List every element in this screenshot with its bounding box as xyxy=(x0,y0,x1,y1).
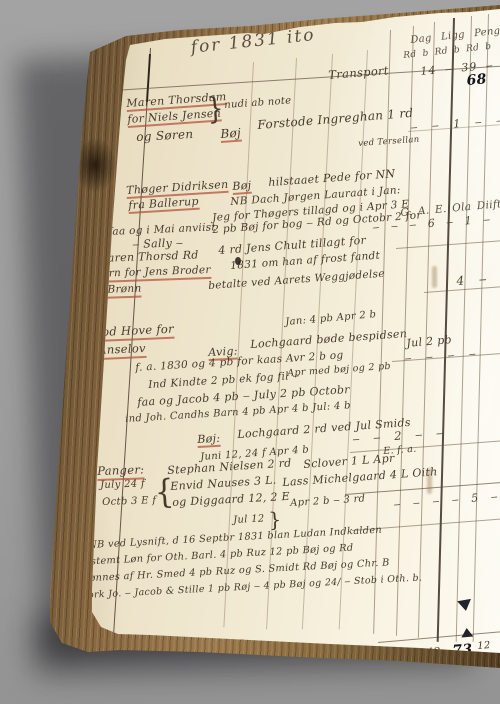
vertical-rule xyxy=(473,14,489,642)
totals-value: 12 xyxy=(477,641,491,652)
entry-a-note: nudi ab note xyxy=(224,96,292,111)
up-triangle-mark xyxy=(461,627,474,637)
ink-blot xyxy=(235,257,241,265)
entry-c-amounts-2: ‒ ‒ 2 ‒ ‒ xyxy=(352,428,445,446)
entry-b-amounts-2: 4 ‒ xyxy=(456,273,488,287)
entry-b-line: faa og i Mai anviist xyxy=(108,222,216,237)
entry-c-line: Jan: 4 pb Apr 2 b xyxy=(285,310,377,328)
entry-b-line: betalte ved Aarets Weggjødelse xyxy=(208,269,385,292)
entry-a-line: og Søren xyxy=(136,128,194,143)
entry-a-line: Bøj xyxy=(220,127,242,143)
transport-total: 68 xyxy=(466,72,487,88)
entry-b-name-2: fra Ballerup xyxy=(128,196,199,214)
vertical-rule xyxy=(418,22,435,638)
entry-c-line: Lochgaard bøde bespidsen xyxy=(250,328,407,350)
entry-d-line: July 24 f xyxy=(100,479,145,491)
entry-d-line: Apr 2 b ‒ 3 rd xyxy=(290,494,366,509)
entry-d-line: Jul 12 xyxy=(233,514,265,526)
entry-c-line: Bøj: xyxy=(197,433,221,448)
entry-b-line: Bøj xyxy=(232,180,252,195)
entry-d-line: Octb 3 E f xyxy=(102,496,156,508)
entry-d-line: Sclover 1 L Apr xyxy=(303,453,395,470)
vertical-rule xyxy=(456,16,472,642)
entry-d-amounts: ‒ ‒ ‒ ‒ 5 ‒ xyxy=(393,491,499,510)
entry-b-line: Maren Thorsd Rd xyxy=(96,249,199,264)
entry-c-name-1: Jod Hove for xyxy=(97,324,174,342)
ink-smudge xyxy=(432,266,437,288)
ledger-photo: for 1831 ito Transport Dag Ligg Peng Rd … xyxy=(0,0,500,704)
entry-c-amounts-1: ‒ ‒ ‒ ‒ xyxy=(404,348,477,364)
entry-c-name-2: Anselov xyxy=(98,343,146,360)
brace-glyph: } xyxy=(268,509,282,530)
column-subheaders: Rd b Rd b Rd b xyxy=(403,43,492,61)
entry-b-line: Barn for Jens Broder xyxy=(94,265,211,283)
down-triangle-mark xyxy=(457,599,473,612)
entry-c-line: Apr med bøj og 2 pb xyxy=(287,362,391,379)
ink-smudge xyxy=(427,468,432,494)
entry-a-line: Forstode Ingreghan 1 rd xyxy=(257,107,414,131)
transport-label: Transport xyxy=(328,65,389,81)
entry-b-line: ‒ Sally ‒ xyxy=(132,237,183,250)
brace-glyph: } xyxy=(206,94,225,125)
entry-d-line: Envid Nauses 3 L. xyxy=(170,475,277,492)
entry-a-amounts: ‒ ‒ 1 ‒ ‒ xyxy=(410,115,500,133)
vertical-rule xyxy=(437,18,455,642)
